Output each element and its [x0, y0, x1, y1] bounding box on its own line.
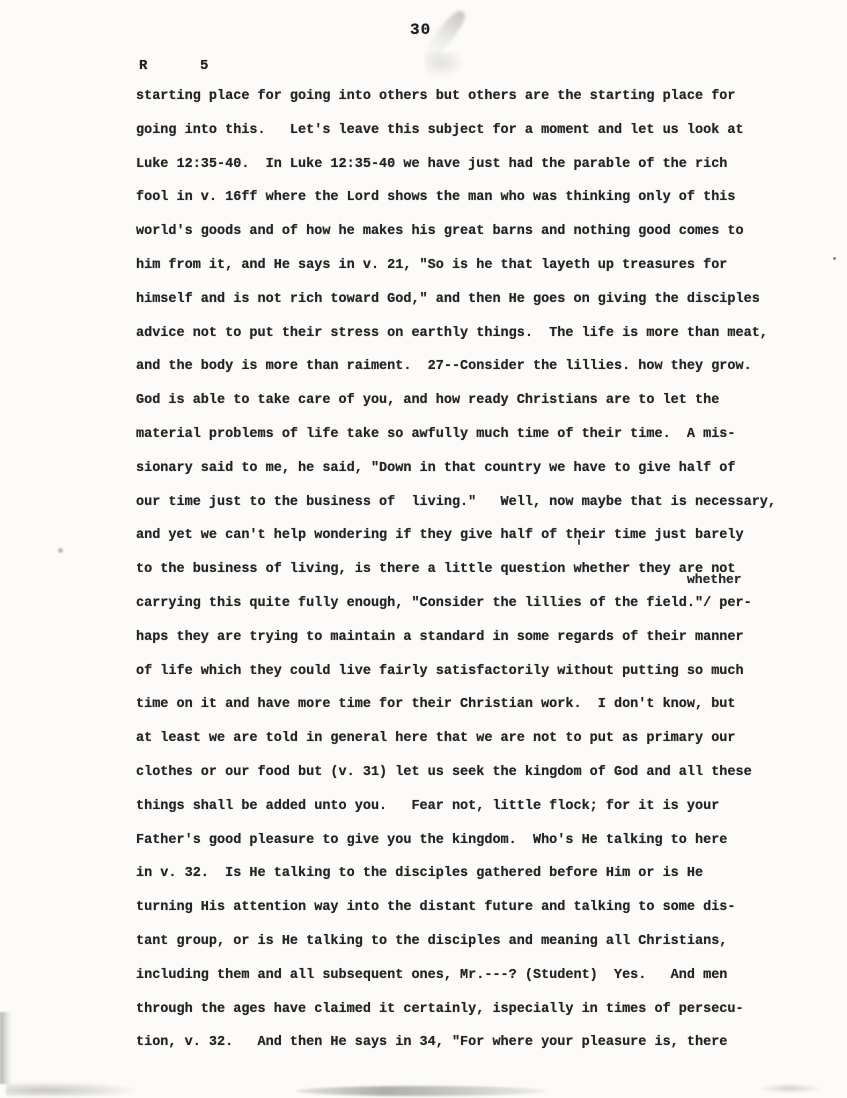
text-line: through the ages have claimed it certain… [136, 993, 796, 1027]
text-line: and the body is more than raiment. 27--C… [136, 350, 796, 384]
scan-speck-left-margin [58, 548, 63, 553]
text-line: and yet we can't help wondering if they … [136, 519, 796, 553]
scan-speckle-top [425, 52, 465, 78]
text-line: things shall be added unto you. Fear not… [136, 790, 796, 824]
text-line: tion, v. 32. And then He says in 34, "Fo… [136, 1026, 796, 1060]
typed-insertion-word: whether [687, 572, 742, 587]
text-line: our time just to the business of living.… [136, 486, 796, 520]
text-line: at least we are told in general here tha… [136, 722, 796, 756]
text-line: advice not to put their stress on earthl… [136, 317, 796, 351]
page-number: 30 [410, 21, 431, 39]
scan-smudge-bottom-left [6, 1082, 136, 1096]
scan-smudge-bottom-right [760, 1084, 820, 1093]
text-line: starting place for going into others but… [136, 80, 796, 114]
text-line: clothes or our food but (v. 31) let us s… [136, 756, 796, 790]
text-line: him from it, and He says in v. 21, "So i… [136, 249, 796, 283]
text-line: in v. 32. Is He talking to the disciples… [136, 857, 796, 891]
text-line: of life which they could live fairly sat… [136, 655, 796, 689]
text-line: time on it and have more time for their … [136, 688, 796, 722]
scan-smudge-bottom-center [296, 1086, 546, 1096]
text-line: including them and all subsequent ones, … [136, 959, 796, 993]
typed-text-block: starting place for going into others but… [136, 80, 796, 1060]
scan-smudge-left-edge [0, 1012, 12, 1084]
document-page: 30 R 5 starting place for going into oth… [0, 0, 847, 1098]
text-line: tant group, or is He talking to the disc… [136, 925, 796, 959]
header-code-right: 5 [200, 58, 208, 74]
text-line: Luke 12:35-40. In Luke 12:35-40 we have … [136, 148, 796, 182]
text-line: world's goods and of how he makes his gr… [136, 215, 796, 249]
text-line: God is able to take care of you, and how… [136, 384, 796, 418]
header-code-left: R [139, 58, 147, 74]
scan-speck-right [833, 257, 836, 260]
text-line: himself and is not rich toward God," and… [136, 283, 796, 317]
text-line: haps they are trying to maintain a stand… [136, 621, 796, 655]
text-line: carrying this quite fully enough, "Consi… [136, 587, 796, 621]
text-line: going into this. Let's leave this subjec… [136, 114, 796, 148]
text-line: sionary said to me, he said, "Down in th… [136, 452, 796, 486]
text-line: fool in v. 16ff where the Lord shows the… [136, 181, 796, 215]
text-line: material problems of life take so awfull… [136, 418, 796, 452]
text-line: Father's good pleasure to give you the k… [136, 824, 796, 858]
text-line: turning His attention way into the dista… [136, 891, 796, 925]
